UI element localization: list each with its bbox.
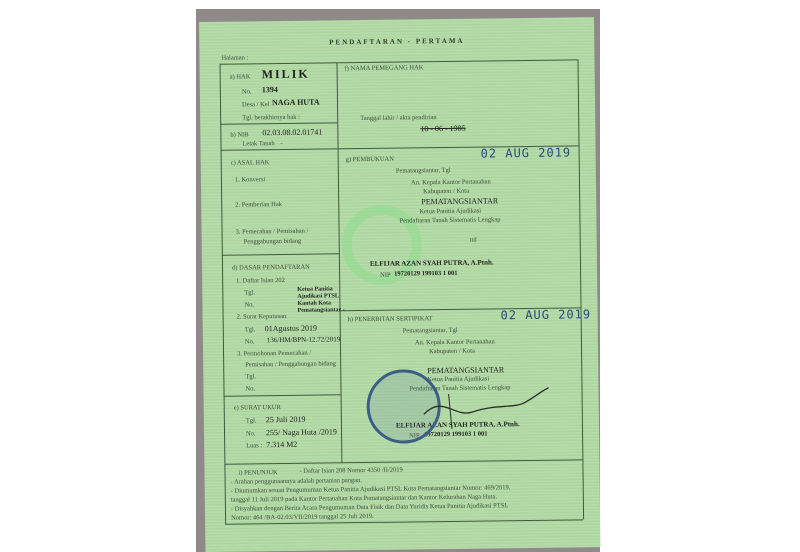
asal-hak-item: 3. Pemecahan / Pemisahan / <box>236 228 309 236</box>
sk-issuer: Ajudikasi PTSL <box>297 293 339 300</box>
sk-tgl-value: 01Agustus 2019 <box>265 324 317 334</box>
pemisahan-label: Pemisahan / Penggabungan bidang <box>245 360 336 368</box>
pembukuan-ketua: Ketua Panitia Ajudikasi <box>419 208 481 216</box>
sk-issuer: Pematangsiantar - <box>297 307 344 314</box>
penerbitan-an: An. Kepala Kantor Pertanahan <box>415 338 495 346</box>
su-luas-label: Luas : <box>246 442 262 449</box>
sk-tgl-label: Tgl. <box>245 326 256 333</box>
pemegang-hak-label: f) NAMA PEMEGANG HAK <box>345 64 424 72</box>
su-tgl-label: Tgl. <box>246 417 257 424</box>
letak-value: - <box>280 140 282 147</box>
di-tgl-label: Tgl. <box>244 289 255 296</box>
permohonan-label: 3. Permohonan Pemecahan / <box>237 350 311 358</box>
hak-label: a) HAK <box>230 73 251 80</box>
pembukuan-nip-value: 19720129 199103 1 001 <box>394 270 457 278</box>
asal-hak-item: 2. Pemberian Hak <box>235 201 282 209</box>
no-value: 1394 <box>262 85 278 94</box>
divider-row-bottom <box>224 459 582 464</box>
certificate-page: PENDAFTARAN - PERTAMA Halaman : a) HAK M… <box>199 17 600 552</box>
su-tgl-value: 25 Juli 2019 <box>266 415 306 424</box>
tanggal-lahir-label: Tanggal lahir / akta pendirian <box>360 114 437 122</box>
frame-right <box>577 59 584 519</box>
divider-d-e <box>224 394 341 396</box>
su-no-value: 255/ Naga Huta /2019 <box>266 427 337 437</box>
pembukuan-ttd: ttd <box>470 237 477 244</box>
penerbitan-place: Pematangsiantar, Tgl <box>403 327 458 335</box>
letak-label: Letak Tanah <box>242 140 274 147</box>
tgl-berakhir-label: Tgl. berakhirnya hak : <box>242 114 300 122</box>
sk-issuer: Ketua Panitia <box>297 286 333 292</box>
penunjuk-line: - Disyahkan dengan Berita Acara Pengumum… <box>231 502 508 512</box>
penerbitan-date-stamp: 02 AUG 2019 <box>501 307 592 322</box>
daftar-isian-202: 1. Daftar Isian 202 <box>236 277 285 285</box>
asal-hak-item: Penggabungan bidang <box>244 238 302 246</box>
divider-c-d <box>222 253 339 255</box>
penerbitan-label: h) PENERBITAN SERTIPIKAT <box>348 315 433 323</box>
document-title: PENDAFTARAN - PERTAMA <box>329 37 464 47</box>
sk-issuer: Kantah Kota <box>297 300 331 306</box>
column-divider <box>337 62 343 462</box>
pembukuan-city: PEMATANGSIANTAR <box>421 196 498 206</box>
su-no-label: No. <box>246 430 256 437</box>
penunjuk-daftar-isian: - Daftar Isian 208 Nomor 4350 /II/2019 <box>299 467 402 475</box>
penunjuk-label: i) PENUNJUK <box>238 469 277 476</box>
p-no-label: No. <box>245 385 255 392</box>
pembukuan-nip-label: NIP <box>380 272 391 279</box>
pembukuan-kab-kota: Kabupaten / Kota <box>423 188 469 196</box>
sk-no-label: No. <box>245 338 255 345</box>
asal-hak-label: c) ASAL HAK <box>231 159 270 166</box>
desa-value: NAGA HUTA <box>272 98 320 108</box>
nib-label: b) NIB <box>230 131 248 138</box>
surat-ukur-label: e) SURAT UKUR <box>234 404 281 412</box>
su-luas-value: 7.314 M2 <box>266 440 297 449</box>
pembukuan-label: g) PEMBUKUAN <box>346 156 394 164</box>
divider-a-b <box>220 122 337 124</box>
desa-label: Desa / Kel <box>242 101 270 108</box>
pembukuan-place: Pematangsiantar, Tgl <box>396 167 451 175</box>
penunjuk-line: - Arahan penggunaannya adalah pertanian … <box>231 477 362 486</box>
signature <box>403 373 554 435</box>
pembukuan-official-name: ELFIJAR AZAN SYAH PUTRA, A.Ptnh. <box>370 258 494 268</box>
dasar-pendaftaran-label: d) DASAR PENDAFTARAN <box>232 264 310 272</box>
di-no-label: No. <box>244 301 254 308</box>
p-tgl-label: Tgl. <box>245 373 256 380</box>
asal-hak-item: 1. Konversi <box>235 176 265 183</box>
penerbitan-kab-kota: Kabupaten / Kota <box>429 348 475 356</box>
pembukuan-date-stamp: 02 AUG 2019 <box>481 145 572 160</box>
pembukuan-ptsl: Pendaftaran Tanah Sistematis Lengkap <box>399 216 500 224</box>
no-label: No. <box>242 88 252 95</box>
penunjuk-line: Nomor: 464 /BA-02.03/VII/2019 tanggal 25… <box>231 513 374 522</box>
tanggal-lahir-value: 10 - 06 - 1985 <box>420 124 465 134</box>
sk-no-value: 136/HM/BPN-12.72/2019 <box>267 335 340 344</box>
pembukuan-an: An. Kepala Kantor Pertanahan <box>411 178 491 186</box>
nib-value: 02.03.08.02.01741 <box>262 128 322 138</box>
halaman-label: Halaman : <box>221 54 248 61</box>
frame-left-bottom <box>224 464 226 524</box>
surat-keputusan-label: 2. Surat Keputusan <box>237 313 287 321</box>
hak-value: MILIK <box>262 67 310 83</box>
